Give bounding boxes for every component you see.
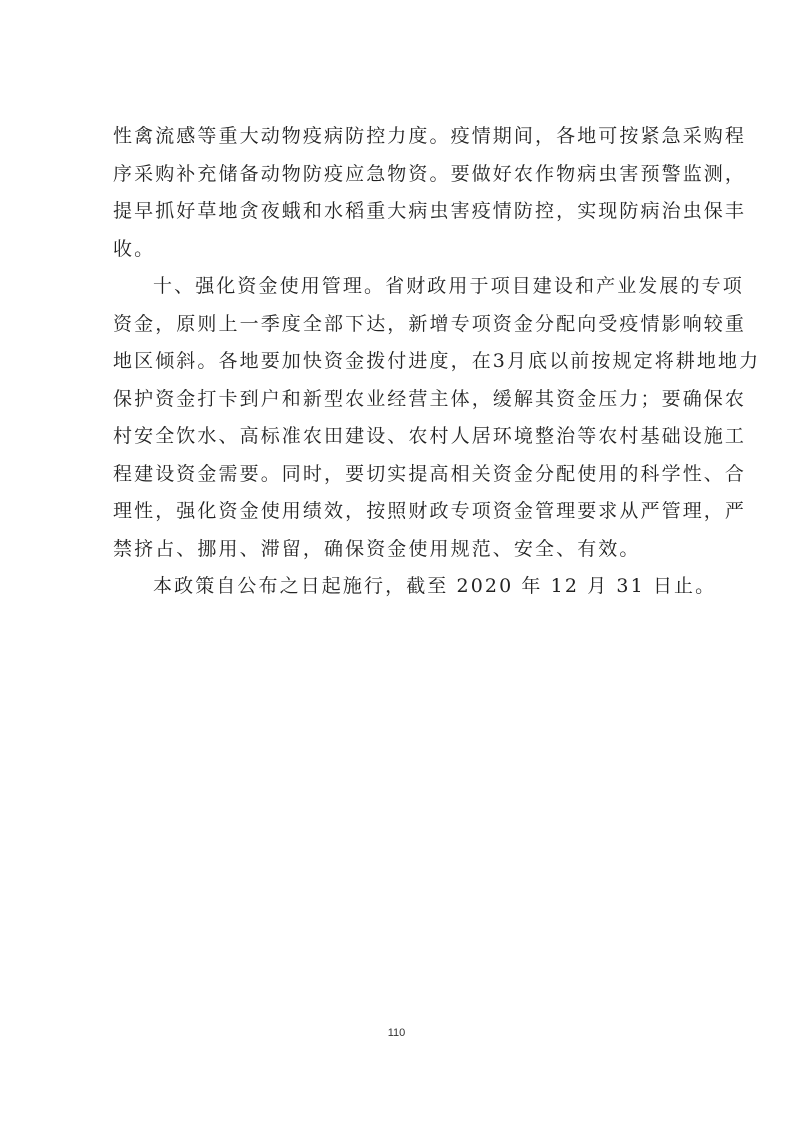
text-line: 禁挤占、挪用、滞留，确保资金使用规范、安全、有效。 <box>113 531 681 569</box>
text-line: 保护资金打卡到户和新型农业经营主体，缓解其资金压力；要确保农 <box>113 381 681 419</box>
document-body: 性禽流感等重大动物疫病防控力度。疫情期间，各地可按紧急采购程 序采购补充储备动物… <box>113 118 681 606</box>
text-line: 本政策自公布之日起施行，截至 2020 年 12 月 31 日止。 <box>113 568 681 606</box>
paragraph-effective-date: 本政策自公布之日起施行，截至 2020 年 12 月 31 日止。 <box>113 568 681 606</box>
text-line: 理性，强化资金使用绩效，按照财政专项资金管理要求从严管理，严 <box>113 493 681 531</box>
text-line: 地区倾斜。各地要加快资金拨付进度，在3月底以前按规定将耕地地力 <box>113 343 681 381</box>
text-line: 村安全饮水、高标准农田建设、农村人居环境整治等农村基础设施工 <box>113 418 681 456</box>
text-line: 提早抓好草地贪夜蛾和水稻重大病虫害疫情防控，实现防病治虫保丰 <box>113 193 681 231</box>
text-line: 序采购补充储备动物防疫应急物资。要做好农作物病虫害预警监测， <box>113 156 681 194</box>
page-number: 110 <box>0 1027 793 1039</box>
text-line: 收。 <box>113 231 681 269</box>
text-line: 资金，原则上一季度全部下达，新增专项资金分配向受疫情影响较重 <box>113 306 681 344</box>
text-line: 十、强化资金使用管理。省财政用于项目建设和产业发展的专项 <box>113 268 681 306</box>
paragraph-fund-management: 十、强化资金使用管理。省财政用于项目建设和产业发展的专项 资金，原则上一季度全部… <box>113 268 681 568</box>
text-line: 程建设资金需要。同时，要切实提高相关资金分配使用的科学性、合 <box>113 456 681 494</box>
paragraph-animal-disease-control: 性禽流感等重大动物疫病防控力度。疫情期间，各地可按紧急采购程 序采购补充储备动物… <box>113 118 681 268</box>
text-line: 性禽流感等重大动物疫病防控力度。疫情期间，各地可按紧急采购程 <box>113 118 681 156</box>
document-page: 性禽流感等重大动物疫病防控力度。疫情期间，各地可按紧急采购程 序采购补充储备动物… <box>0 0 793 1121</box>
